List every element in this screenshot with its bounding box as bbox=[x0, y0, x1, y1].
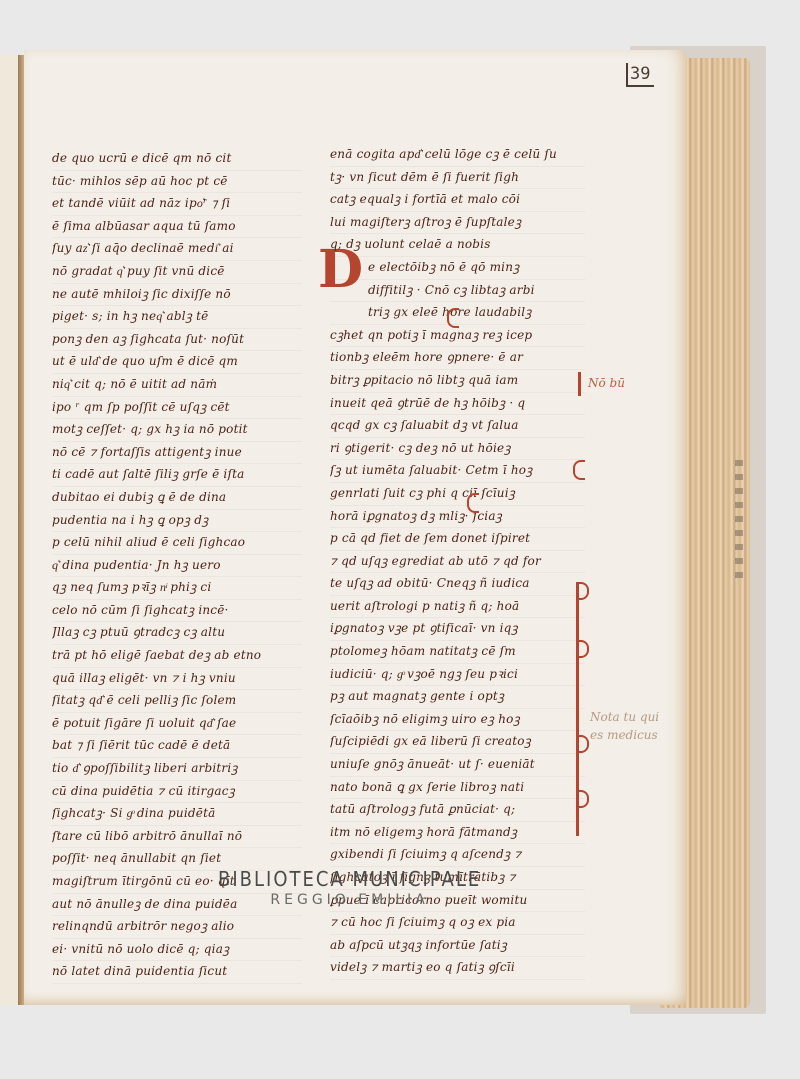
text-line: cū dina puidētia ⁊ cū itirgacꝫ bbox=[52, 781, 302, 804]
text-line: et tandē viūit ad nāz ipo͛ʳ ⁊ ſi bbox=[52, 193, 302, 216]
text-line: e electōibꝫ nō ē qō minꝫ bbox=[330, 257, 585, 280]
margin-note-red: Nō bū bbox=[588, 376, 625, 390]
text-line: ſcīaōibꝫ nō eligimꝫ uiro eꝫ hoꝫ bbox=[330, 709, 585, 732]
text-line: iudiciū· q; gͦ vꝫoē ngꝫ ſeu pꝛici bbox=[330, 664, 585, 687]
text-line: ſighcatꝫ· Si gͦ dina puidētā bbox=[52, 803, 302, 826]
text-line: piget· s; in hꝫ neq͛ ablꝫ tē bbox=[52, 306, 302, 329]
text-line: lui magiſterꝫ aſtroꝫ ē ſupſtaleꝫ bbox=[330, 212, 585, 235]
rubric-paragraph-mark bbox=[467, 493, 479, 513]
text-line: ē ſima albūasar aqua tū ſamo bbox=[52, 216, 302, 239]
text-line: horā iꝑgnatoꝫ dꝫ mliꝫ· ſciaꝫ bbox=[330, 506, 585, 529]
right-text-column: enā cogita apd͛ celū lōge cꝫ ē celū ſutꝫ… bbox=[330, 144, 585, 980]
text-line: motꝫ ceſſet· q; gx hꝫ ia nō potit bbox=[52, 419, 302, 442]
text-line: niq͛ cit q; nō ē uitit ad nāṁ bbox=[52, 374, 302, 397]
text-line: cꝫhet qn potiꝫ ī magnaꝫ reꝫ icep bbox=[330, 325, 585, 348]
text-line: dubitao ei dubiꝫ ꝗ ē de dina bbox=[52, 487, 302, 510]
text-line: p cā qd fiet de ſem donet iſpiret bbox=[330, 528, 585, 551]
text-line: p celū nihil aliud ē celi ſighcao bbox=[52, 532, 302, 555]
text-line: tatū aſtrologꝫ futā ꝑnūciat· q; bbox=[330, 799, 585, 822]
stamp-line-2: REGGIO EMILIA bbox=[218, 892, 481, 908]
text-line: pꝫ aut magnatꝫ gente i optꝫ bbox=[330, 686, 585, 709]
text-line: ſtare cū libō arbitrō ānullaī nō bbox=[52, 826, 302, 849]
rubric-paragraph-mark bbox=[447, 308, 459, 328]
text-line: videlꝫ ⁊ martiꝫ eo q ſatiꝫ ꝯſcīi bbox=[330, 957, 585, 980]
margin-note-line: Nota tu qui bbox=[590, 708, 659, 726]
text-line: celo nō cūm ſi ſighcatꝫ incē· bbox=[52, 600, 302, 623]
text-line: ſitatꝫ qd͛ ē celi pelliꝫ ſic ſolem bbox=[52, 690, 302, 713]
text-line: nō cē ⁊ fortaſſis attigentꝫ inue bbox=[52, 442, 302, 465]
text-line: bat ⁊ ſi ſiērit tūc cadē ē detā bbox=[52, 735, 302, 758]
text-line: nō gradat q͛ puy ſit vnū dicē bbox=[52, 261, 302, 284]
stamp-line-1: BIBLIOTECA MUNICIPALE bbox=[218, 867, 481, 891]
text-line: tūc· mihlos sēp aū hoc pt cē bbox=[52, 171, 302, 194]
text-line: diffitilꝫ · Cnō cꝫ libtaꝫ arbi bbox=[330, 280, 585, 303]
text-line: ei· vnitū nō uolo dicē q; qiaꝫ bbox=[52, 939, 302, 962]
margin-note-brown: Nota tu qui es medicus bbox=[590, 708, 659, 744]
text-line: ponꝫ den aꝫ ſighcata ſut· noſūt bbox=[52, 329, 302, 352]
text-line: ne autē mhiloiꝫ ſic dixiſſe nō bbox=[52, 284, 302, 307]
text-line: tionbꝫ eleēm hore ꝯpnere· ē ar bbox=[330, 347, 585, 370]
text-line: bitrꝫ ꝑpitacio nō libtꝫ quā iam bbox=[330, 370, 585, 393]
stack-ink-marks bbox=[735, 460, 743, 580]
text-line: q͛ dina pudentia· Jn hꝫ uero bbox=[52, 555, 302, 578]
rubric-bracket bbox=[578, 372, 581, 396]
left-text-column: de quo ucrū e dicē qm nō cittūc· mihlos … bbox=[52, 148, 302, 984]
text-line: tꝫ· vn ſicut dēm ē ſi fuerit ſigh bbox=[330, 167, 585, 190]
text-line: gxibendi ſi ſciuimꝫ q aſcendꝫ ⁊ bbox=[330, 844, 585, 867]
text-line: iꝑgnatoꝫ vꝫe pt ꝯtificaī· vn iqꝫ bbox=[330, 618, 585, 641]
text-line: ptolomeꝫ hōam natitatꝫ cē ſm bbox=[330, 641, 585, 664]
text-line: te uſqꝫ ad obitū· Cneqꝫ ñ iudica bbox=[330, 573, 585, 596]
rubric-paragraph-mark bbox=[573, 460, 585, 480]
text-line: ⁊ qd uſqꝫ egrediat ab utō ⁊ qd for bbox=[330, 551, 585, 574]
text-line: quā illaꝫ eligēt· vn ⁊ i hꝫ vniu bbox=[52, 668, 302, 691]
text-line: trā pt hō eligē ſaebat deꝫ ab etno bbox=[52, 645, 302, 668]
folio-number: 39 bbox=[626, 63, 654, 87]
library-stamp: BIBLIOTECA MUNICIPALE REGGIO EMILIA bbox=[218, 869, 481, 908]
text-line: de quo ucrū e dicē qm nō cit bbox=[52, 148, 302, 171]
text-line: inueit qeā ꝯtrūē de hꝫ hōibꝫ · q bbox=[330, 393, 585, 416]
text-line: genrlati ſuit cꝫ phi q ciī ſcīuiꝫ bbox=[330, 483, 585, 506]
text-line: ſuy az͛ ſi aq̄o declinaē medi͛ ai bbox=[52, 238, 302, 261]
text-line: qcqd gx cꝫ ſaluabit dꝫ vt ſalua bbox=[330, 415, 585, 438]
text-line: nō latet dinā puidentia ſicut bbox=[52, 961, 302, 984]
text-line: itm nō eligemꝫ horā fātmandꝫ bbox=[330, 822, 585, 845]
text-line: pudentia na i hꝫ ꝗ opꝫ dꝫ bbox=[52, 510, 302, 533]
text-line: Jllaꝫ cꝫ ptuū ꝯtradcꝫ cꝫ altu bbox=[52, 622, 302, 645]
text-line: ipo ʳ qm ſp poſſit cē uſqꝫ cēt bbox=[52, 397, 302, 420]
text-line: uniuſe gnōꝫ ānueāt· ut ſ· eueniāt bbox=[330, 754, 585, 777]
text-line: q; dꝫ uolunt celaē a nobis bbox=[330, 234, 585, 257]
text-line: ab aſpcū utꝫqꝫ infortūe ſatiꝫ bbox=[330, 935, 585, 958]
text-line: catꝫ equalꝫ i fortīā et malo cōi bbox=[330, 189, 585, 212]
text-line: ſuſcipiēdi gx eā liberū ſi creatoꝫ bbox=[330, 731, 585, 754]
text-line: ut ē uld͛ de quo uſm ē dicē qm bbox=[52, 351, 302, 374]
text-line: nato bonā ꝗ gx ſerie libroꝫ nati bbox=[330, 777, 585, 800]
text-line: tio d͛ ꝯpoſſibilitꝫ liberi arbitriꝫ bbox=[52, 758, 302, 781]
text-line: ti cadē aut ſaltē ſiliꝫ grſe ē iſta bbox=[52, 464, 302, 487]
text-line: qꝫ neq ſumꝫ pꝛīꝫ nͥ phiꝫ ci bbox=[52, 577, 302, 600]
text-line: ſꝫ ut iumēta ſaluabit· Cetm ī hoꝫ bbox=[330, 460, 585, 483]
text-line: enā cogita apd͛ celū lōge cꝫ ē celū ſu bbox=[330, 144, 585, 167]
text-line: ē potuit ſigāre ſi uoluit qd͛ ſae bbox=[52, 713, 302, 736]
text-line: ri ꝯtigerit· cꝫ deꝫ nō ut hōieꝫ bbox=[330, 438, 585, 461]
text-line: relinqndū arbitrōr negoꝫ alio bbox=[52, 916, 302, 939]
text-line: ⁊ cū hoc ſi ſciuimꝫ q oꝫ ex pia bbox=[330, 912, 585, 935]
text-line: uerit aſtrologi p natiꝫ ñ q; hoā bbox=[330, 596, 585, 619]
margin-note-line: es medicus bbox=[590, 726, 659, 744]
